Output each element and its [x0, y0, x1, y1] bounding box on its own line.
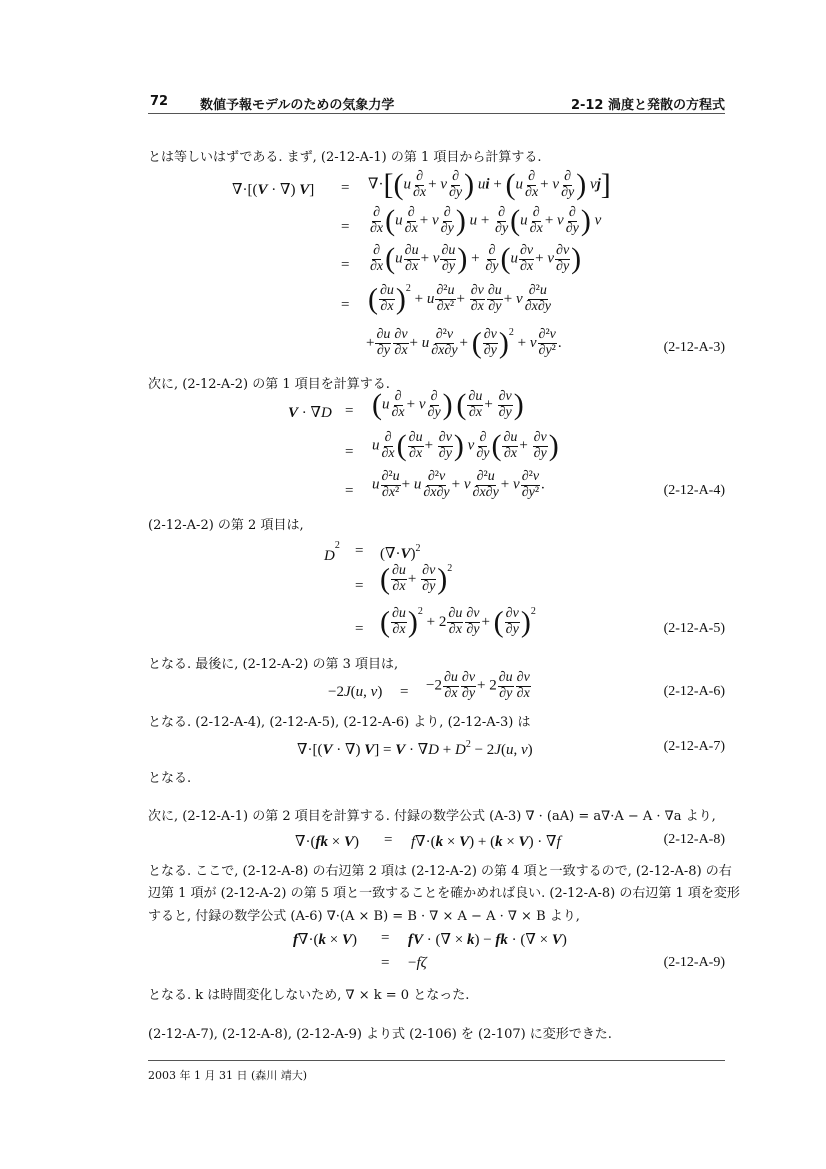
paragraph-5: となる. (2-12-A-4), (2-12-A-5), (2-12-A-6) … [148, 711, 531, 730]
equation-number: (2-12-A-6) [664, 684, 725, 700]
eq-a3-line4: (∂u∂x)2 + u∂²u∂x²+ ∂v∂x∂u∂y+ v∂²u∂x∂y [368, 283, 553, 315]
paragraph-8-line-3: すると, 付録の数学公式 (A-6) ∇·(A × B) = B · ∇ × A… [148, 905, 580, 924]
eq-sign: = [355, 543, 363, 560]
eq-sign: = [341, 257, 349, 274]
eq-a3-line5: +∂u∂y∂v∂x+ u∂²v∂x∂y+ (∂v∂y)2 + v∂²v∂y². [366, 327, 562, 359]
eq-a8-lhs: ∇·(fk × V) [295, 832, 359, 851]
eq-sign: = [341, 297, 349, 314]
eq-sign: = [355, 621, 363, 638]
eq-sign: = [345, 444, 353, 461]
footer-text: 2003 年 1 月 31 日 (森川 靖大) [148, 1067, 307, 1083]
eq-a4-line3: u∂²u∂x²+ u∂²v∂x∂y+ v∂²u∂x∂y+ v∂²v∂y². [372, 470, 545, 500]
eq-a9-line2: −fζ [408, 955, 427, 972]
paragraph-8-line-1: となる. ここで, (2-12-A-8) の右辺第 2 項は (2-12-A-2… [148, 860, 732, 879]
eq-sign: = [400, 684, 408, 701]
paragraph-6: となる. [148, 767, 191, 786]
eq-a5-lhs: D2 [324, 540, 340, 565]
book-title: 数値予報モデルのための気象力学 [200, 94, 394, 113]
eq-a4-lhs: V · ∇D [288, 403, 332, 422]
paragraph-7: 次に, (2-12-A-1) の第 2 項目を計算する. 付録の数学公式 (A-… [148, 805, 716, 824]
eq-sign: = [381, 955, 389, 972]
equation-number: (2-12-A-3) [664, 340, 725, 356]
paragraph-2: 次に, (2-12-A-2) の第 1 項目を計算する. [148, 373, 390, 392]
eq-sign: = [355, 578, 363, 595]
equation-number: (2-12-A-4) [664, 483, 725, 499]
equation-number: (2-12-A-9) [664, 955, 725, 971]
paragraph-10: (2-12-A-7), (2-12-A-8), (2-12-A-9) より式 (… [148, 1023, 612, 1042]
eq-sign: = [341, 219, 349, 236]
eq-a5-line1: (∇·V)2 [380, 543, 420, 563]
eq-sign: = [381, 930, 389, 947]
eq-a9-line1: fV · (∇ × k) − fk · (∇ × V) [408, 930, 567, 949]
eq-sign: = [384, 832, 392, 849]
paragraph-3: (2-12-A-2) の第 2 項目は, [148, 514, 304, 533]
eq-a5-line3: (∂u∂x)2 + 2∂u∂x∂v∂y+ (∂v∂y)2 [380, 606, 536, 638]
eq-a9-lhs: f∇·(k × V) [293, 930, 357, 949]
eq-a4-line2: u∂∂x(∂u∂x+ ∂v∂y) v∂∂y(∂u∂x+ ∂v∂y) [372, 431, 559, 461]
eq-a3-lhs: ∇·[(V · ∇) V] [232, 180, 314, 199]
eq-a4-line1: (u∂∂x+ v∂∂y) (∂u∂x+ ∂v∂y) [372, 390, 524, 420]
section-title: 2-12 渦度と発散の方程式 [571, 94, 725, 113]
equation-number: (2-12-A-7) [664, 739, 725, 755]
header-rule [148, 113, 725, 114]
eq-sign: = [341, 180, 349, 197]
paragraph-1: とは等しいはずである. まず, (2-12-A-1) の第 1 項目から計算する… [148, 146, 542, 165]
eq-a7-text: ∇·[(V · ∇) V] = V · ∇D + D2 − 2J(u, v) [297, 739, 533, 759]
eq-sign: = [345, 403, 353, 420]
eq-a8-rhs: f∇·(k × V) + (k × V) · ∇f [411, 832, 561, 851]
paragraph-8-line-2: 辺第 1 項が (2-12-A-2) の第 5 項と一致することを確かめれば良い… [148, 882, 740, 901]
eq-a5-line2: (∂u∂x+ ∂v∂y)2 [380, 563, 452, 595]
eq-a3-line2: ∂∂x(u∂∂x+ v∂∂y) u + ∂∂y(u∂∂x+ v∂∂y) v [368, 206, 601, 236]
equation-number: (2-12-A-5) [664, 621, 725, 637]
page-number: 72 [150, 94, 168, 109]
eq-a6-lhs: −2J(u, v) [328, 684, 382, 701]
paragraph-4: となる. 最後に, (2-12-A-2) の第 3 項目は, [148, 653, 398, 672]
paragraph-9: となる. k は時間変化しないため, ∇ × k = 0 となった. [148, 984, 469, 1003]
footer-rule [148, 1060, 725, 1061]
eq-a3-line3: ∂∂x(u∂u∂x+ v∂u∂y) + ∂∂y(u∂v∂x+ v∂v∂y) [368, 244, 581, 274]
eq-a3-line1: ∇·[(u∂∂x+ v∂∂y) ui + (u∂∂x+ v∂∂y) vj] [368, 170, 611, 200]
eq-sign: = [345, 483, 353, 500]
equation-number: (2-12-A-8) [664, 832, 725, 848]
eq-a6-rhs: −2∂u∂x∂v∂y+ 2∂u∂y∂v∂x [426, 671, 532, 701]
